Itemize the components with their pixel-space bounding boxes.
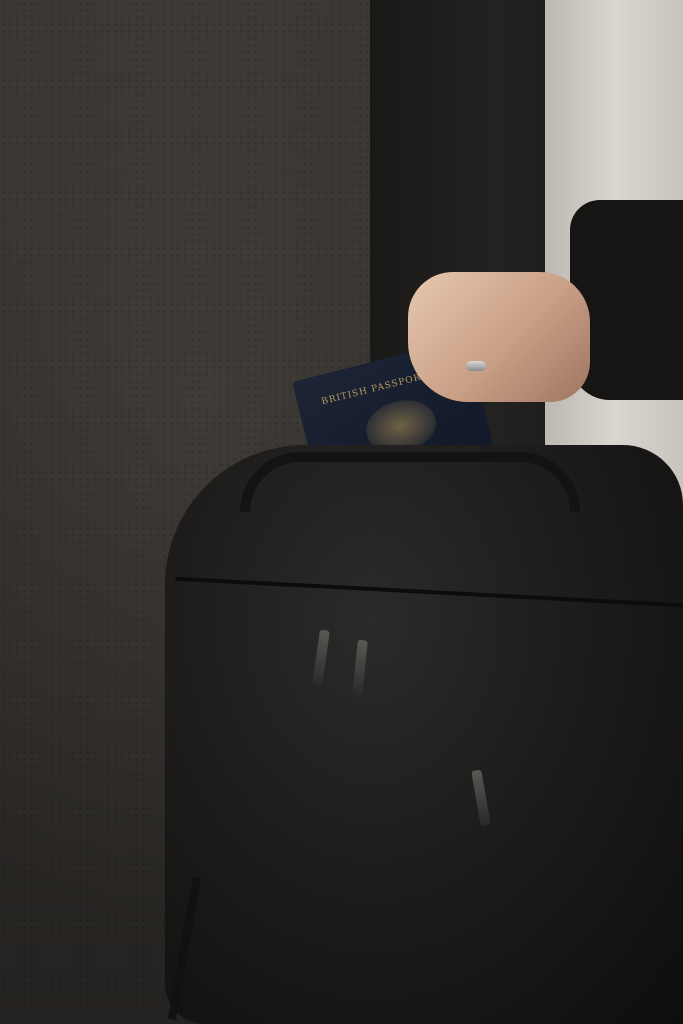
ring [466, 361, 486, 371]
backpack-handle [240, 452, 580, 512]
backpack [165, 445, 683, 1024]
photo: BRITISH PASSPORT A hand tucking a dark b… [0, 0, 683, 1024]
hand [408, 272, 590, 402]
